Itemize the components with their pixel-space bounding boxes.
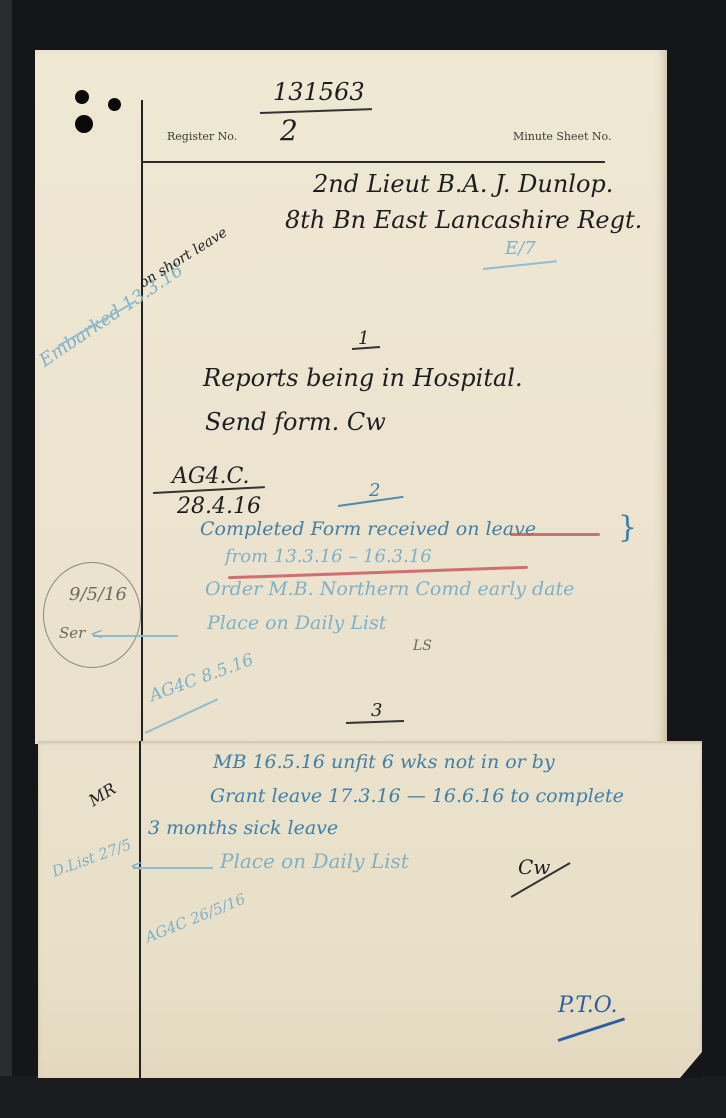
- backdrop-bottom: [0, 1076, 726, 1118]
- punch-hole: [75, 90, 89, 104]
- arrow-line: [133, 867, 213, 869]
- arrow-left-icon: <: [130, 856, 143, 875]
- header-rule: [141, 161, 605, 163]
- circled-note: [43, 562, 141, 668]
- red-pencil-underline: [510, 533, 600, 536]
- register-number: 131563: [273, 78, 365, 106]
- minute-1-line-2: Send form. Cw: [205, 408, 386, 436]
- minute-3-line-3: 3 months sick leave: [148, 817, 338, 839]
- register-label: Register No.: [167, 130, 237, 143]
- margin-underline: [58, 300, 137, 346]
- annotation-underline: [483, 260, 557, 269]
- arrow-left-icon: <: [90, 624, 103, 643]
- pto-underline: [558, 1017, 626, 1041]
- punch-hole: [108, 98, 121, 111]
- brace-mark: }: [618, 510, 637, 545]
- folded-corner: [680, 1052, 702, 1078]
- minute-sheet-top: Register No. 131563 2 Minute Sheet No. 2…: [35, 50, 667, 744]
- punch-hole: [75, 115, 93, 133]
- minute-3-line-1: MB 16.5.16 unfit 6 wks not in or by: [213, 751, 555, 773]
- minute-1-reference: AG4.C.: [172, 464, 250, 489]
- minute-3-line-4: Place on Daily List: [220, 849, 409, 873]
- margin-rule: [139, 741, 141, 1078]
- margin-note-ag4c-bottom: AG4C 26/5/16: [143, 890, 248, 947]
- minute-1-line-1: Reports being in Hospital.: [203, 364, 523, 392]
- circled-initials: Ser: [59, 624, 85, 642]
- subject-line-1: 2nd Lieut B.A. J. Dunlop.: [313, 170, 613, 198]
- minute-3-line-2: Grant leave 17.3.16 — 16.6.16 to complet…: [210, 785, 624, 807]
- arrow-line: [93, 635, 178, 637]
- minute-2-line-4: Place on Daily List: [207, 612, 386, 634]
- minute-3-number: 3: [371, 700, 382, 721]
- minute-sheet-label: Minute Sheet No.: [513, 130, 611, 143]
- subject-line-2: 8th Bn East Lancashire Regt.: [285, 206, 642, 234]
- minute-2-initials: LS: [413, 638, 432, 654]
- subject-annotation: E/7: [505, 238, 536, 259]
- margin-note-ag4c: AG4C 8.5.16: [147, 650, 256, 706]
- minute-2-line-1: Completed Form received on leave: [200, 518, 536, 540]
- register-sub-number: 2: [280, 114, 298, 147]
- minute-2-line-2: from 13.3.16 – 16.3.16: [225, 546, 432, 567]
- minute-number-underline: [346, 720, 404, 724]
- margin-note-dlist: D.List 27/5: [49, 835, 133, 880]
- margin-rule: [141, 100, 143, 744]
- fraction-rule: [260, 108, 372, 113]
- margin-initials-mr: MR: [85, 779, 119, 810]
- pto-note: P.T.O.: [558, 993, 618, 1018]
- minute-1-date: 28.4.16: [177, 494, 261, 519]
- minute-sheet-bottom: MB 16.5.16 unfit 6 wks not in or by Gran…: [38, 741, 702, 1078]
- minute-2-number: 2: [369, 480, 380, 501]
- margin-note-short-leave: on short leave: [136, 225, 230, 292]
- circled-date: 9/5/16: [69, 584, 127, 605]
- backdrop-edge: [0, 0, 12, 1118]
- minute-2-line-3: Order M.B. Northern Comd early date: [205, 578, 574, 600]
